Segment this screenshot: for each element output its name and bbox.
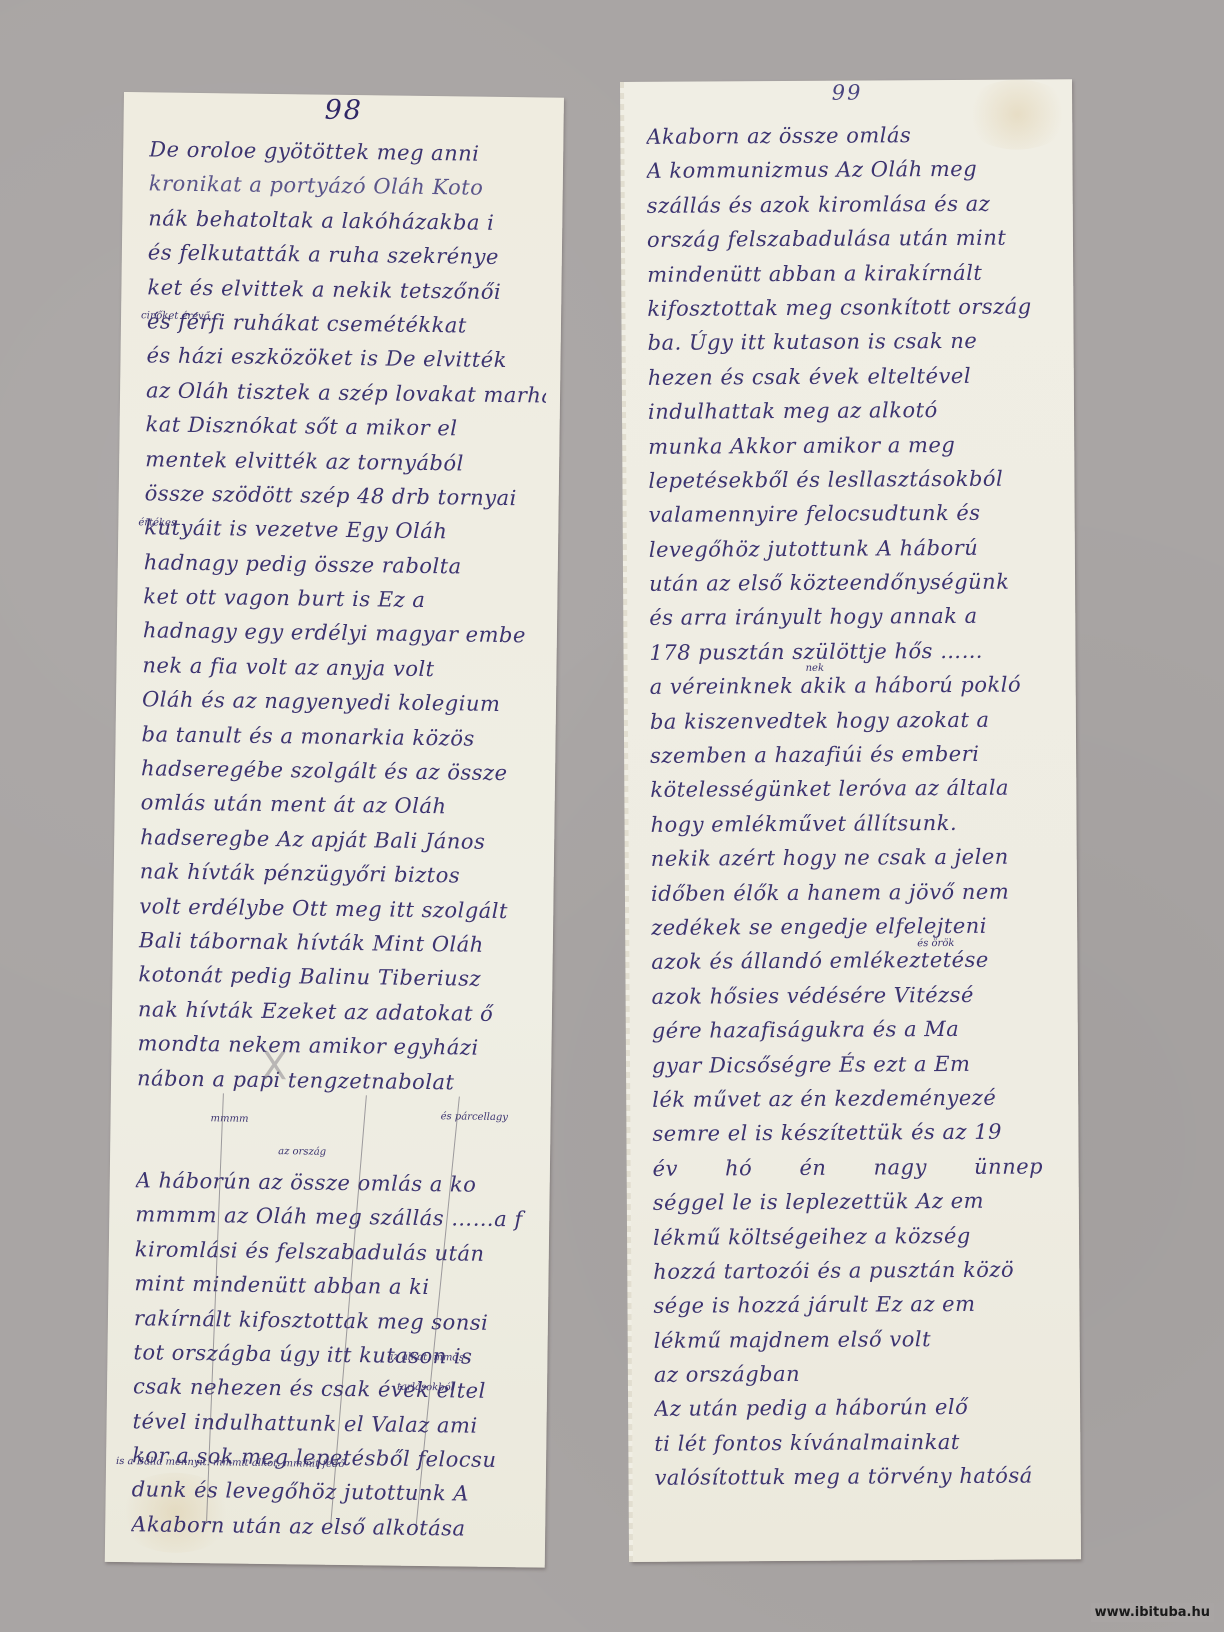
interlinear-note: és párcellagy [441,1111,508,1123]
text-line: sége is hozzá járult Ez az em [653,1287,1065,1324]
text-line: Az után pedig a háborún elő [654,1390,1066,1427]
text-line: csak nehezen és csak évek eltel [133,1370,533,1410]
text-line: ba tanult és a monarkia közös [141,717,541,757]
text-line: ba. Úgy itt kutason is csak ne [647,324,1059,361]
page-number: 98 [124,92,564,129]
text-line: valósítottuk meg a törvény hatósá [654,1459,1066,1496]
text-line: indulhattak meg az alkotó [648,392,1060,429]
page-text-block: Akaborn az össze omlás A kommunizmus Az … [646,117,1066,1495]
text-line: mondta nekem amikor egyházi [137,1026,537,1066]
text-line: nábon a papi tengzetnabolat [137,1061,537,1101]
interlinear-note: az ország [278,1146,326,1158]
text-line: az Oláh tisztek a szép lovakat marhá [146,373,546,413]
text-line: lékmű majdnem első volt [654,1321,1066,1358]
text-line: Akaborn az össze omlás [646,117,1058,154]
interlinear-note: értékes [138,517,176,528]
text-line: nek a fia volt az anyja volt [142,648,542,688]
text-line: nekik azért hogy ne csak a jelen [651,840,1063,877]
text-line: gére hazafiságukra és a Ma [652,1011,1064,1048]
text-line: ket és elvittek a nekik tetszőnői [147,270,547,310]
text-line: De oroloe gyötöttek meg anni [149,132,549,172]
text-line: év hó én nagy ünnep [653,1149,1065,1186]
text-line: séggel le is leplezettük Az em [653,1183,1065,1220]
text-line: Bali tábornak hívták Mint Oláh [139,923,539,963]
text-line: rakírnált kifosztottak meg sonsi [134,1301,534,1341]
text-line: mindenütt abban a kirakírnált [647,255,1059,292]
manuscript-page-98: 98 De oroloe gyötöttek meg anni kronikat… [105,92,564,1568]
text-line: Oláh és az nagyenyedi kolegium [142,683,542,723]
text-line: mmmm az Oláh meg szállás ……a f [135,1198,535,1238]
text-line: szállás és azok kiromlása és az [647,186,1059,223]
text-line: azok és állandó emlékeztetése [651,943,1063,980]
text-line: és arra irányult hogy annak a [649,599,1061,636]
page-number: 99 [622,79,1072,106]
watermark: www.ibituba.hu [1091,1603,1214,1622]
text-line: tével indulhattunk el Valaz ami [132,1404,532,1444]
text-line: zedékek se engedje elfelejteni [651,908,1063,945]
text-line: a véreinknek akik a háború pokló [650,668,1062,705]
interlinear-note: és örök [917,938,954,949]
text-line: mint mindenütt abban a ki [134,1266,534,1306]
text-line: hadseregbe Az apját Bali János [140,820,540,860]
text-line: lék művet az én kezdeményezé [652,1080,1064,1117]
text-line: hadnagy pedig össze rabolta [144,545,544,585]
text-line: kötelességünket leróva az általa [650,771,1062,808]
text-line: A háborún az össze omlás a ko [136,1163,536,1203]
text-line: ország felszabadulása után mint [647,221,1059,258]
interlinear-note: az alkot. mmds [387,1352,464,1364]
text-line: omlás után ment át az Oláh [140,786,540,826]
text-line: munka Akkor amikor a meg [648,427,1060,464]
text-line: azok hősies védésére Vitézsé [651,977,1063,1014]
text-line: nak hívták Ezeket az adatokat ő [138,992,538,1032]
text-line: kifosztottak meg csonkított ország [647,289,1059,326]
text-line: kat Disznókat sőt a mikor el [145,407,545,447]
text-line: valamennyire felocsudtunk és [649,496,1061,533]
interlinear-note: tarlásokból [397,1382,454,1394]
text-line: szemben a hazafiúi és emberi [650,736,1062,773]
text-line: hozzá tartozói és a pusztán közö [653,1252,1065,1289]
text-line: gyar Dicsőségre És ezt a Em [652,1046,1064,1083]
text-line: nak hívták pénzügyőri biztos [140,854,540,894]
manuscript-page-99: 99 Akaborn az össze omlás A kommunizmus … [622,79,1081,1562]
interlinear-note: cipőket érevő [141,310,210,322]
text-line: az országban [654,1355,1066,1392]
text-line: hogy emlékművet állítsunk. [650,805,1062,842]
text-line: lepetésekből és lesllasztásokból [648,461,1060,498]
pencil-x-mark: X [261,1044,288,1088]
text-line: volt erdélybe Ott meg itt szolgált [139,889,539,929]
text-line: kotonát pedig Balinu Tiberiusz [138,958,538,998]
text-line: és házi eszközöket is De elvitték [146,339,546,379]
text-line: 178 pusztán szülöttje hős …… [649,633,1061,670]
text-line: nák behatoltak a lakóházakba i [148,201,548,241]
text-line: levegőhöz jutottunk A háború [649,530,1061,567]
interlinear-note: mmmm [210,1113,248,1124]
text-line: A kommunizmus Az Oláh meg [646,152,1058,189]
text-line: után az első közteendőnységünk [649,564,1061,601]
text-line: hezen és csak évek elteltével [648,358,1060,395]
text-line: lékmű költségeihez a község [653,1218,1065,1255]
text-line: kiromlási és felszabadulás után [135,1232,535,1272]
text-line: semre el is készítettük és az 19 [652,1115,1064,1152]
text-line: hadseregébe szolgált és az össze [141,751,541,791]
text-line: ket ott vagon burt is Ez a [143,579,543,619]
text-line: hadnagy egy erdélyi magyar embe [143,614,543,654]
text-line: ba kiszenvedtek hogy azokat a [650,702,1062,739]
page-text-block: De oroloe gyötöttek meg anni kronikat a … [131,132,549,1546]
text-line: ti lét fontos kívánalmainkat [654,1424,1066,1461]
text-line: össze szödött szép 48 drb tornyai [145,476,545,516]
text-line: időben élők a hanem a jövő nem [651,874,1063,911]
text-line: tot országba úgy itt kutason is [133,1335,533,1375]
text-line: kutyáit is vezetve Egy Oláh [144,511,544,551]
text-line: mentek elvitték az tornyából [145,442,545,482]
text-line: kronikat a portyázó Oláh Koto [149,167,549,207]
text-line: és felkutatták a ruha szekrénye [148,235,548,275]
interlinear-note: nek [806,663,824,674]
